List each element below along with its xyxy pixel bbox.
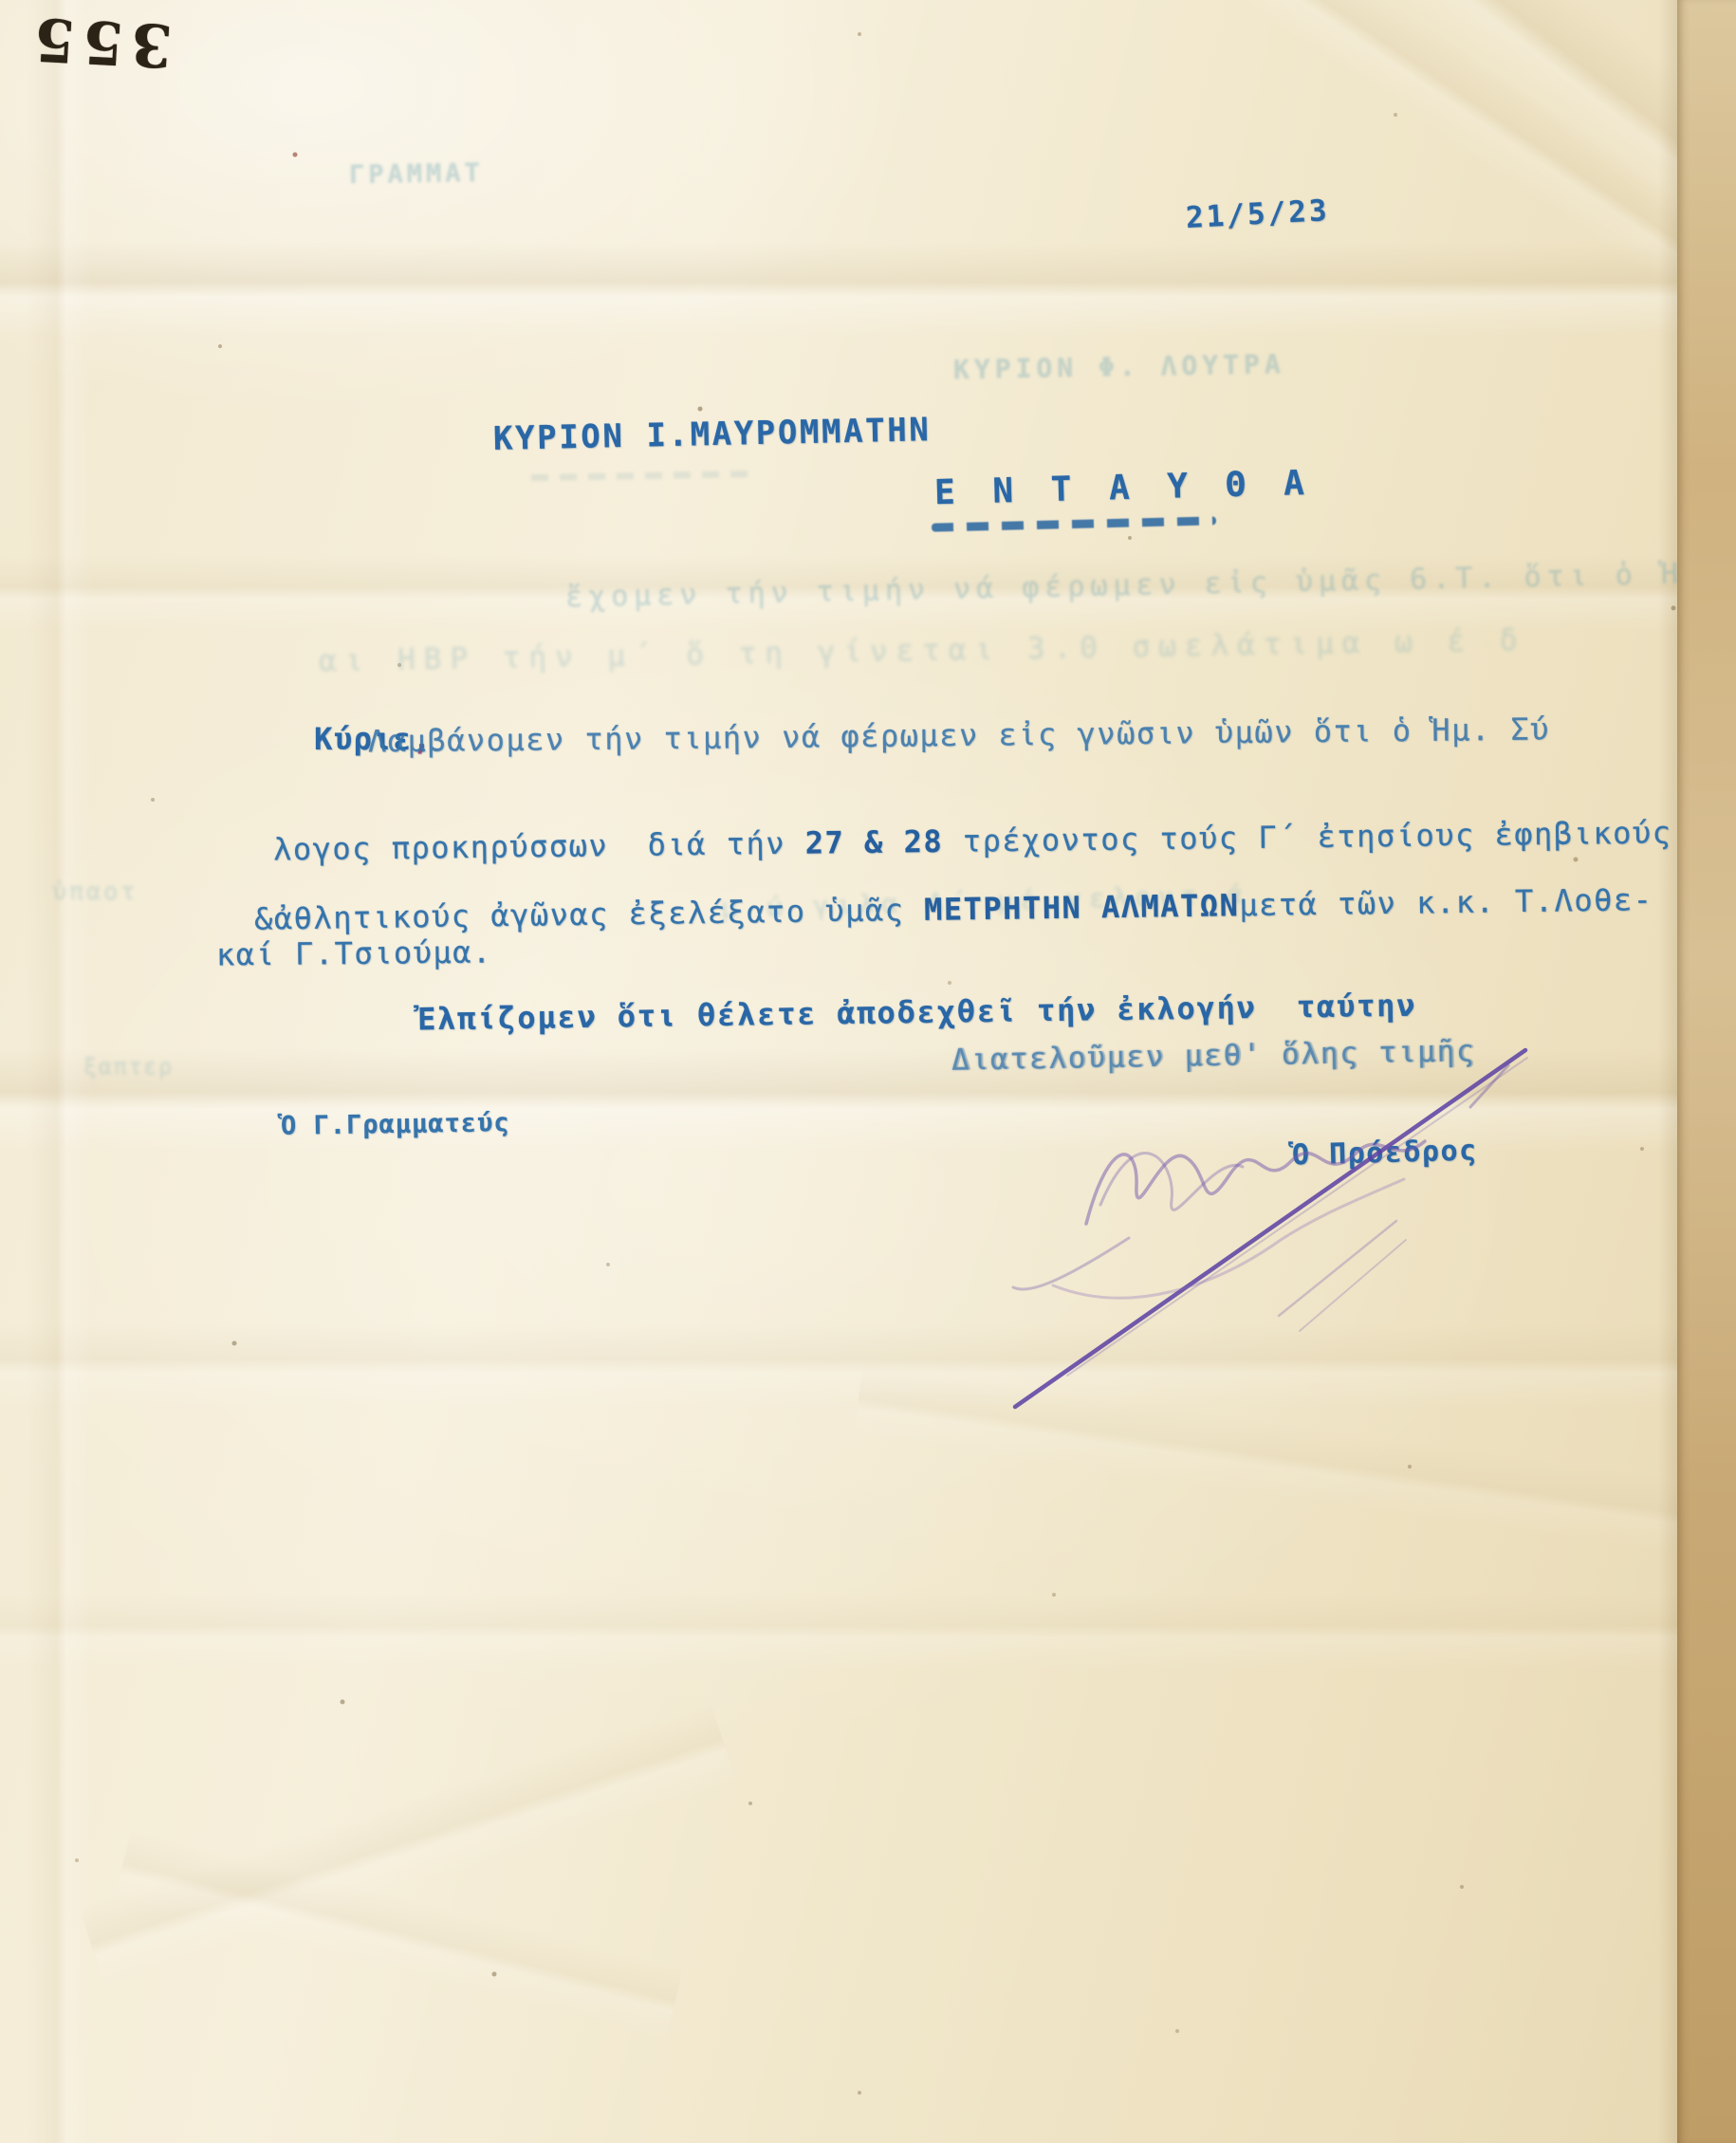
president-signature [996,1001,1603,1447]
ghost-underline [531,471,759,481]
ghost-text: αι ΗΒΡ τήν μ΄ ὅ τη γίνεται 3.0 σωελάτιμα… [319,623,1526,678]
body-line-1: Λαμβάνομεν τήν τιμήν νά φέρωμεν εἰς γνῶσ… [368,711,1550,759]
recipient-name: ΚΥΡΙΟΝ Ι.ΜΑΥΡΟΜΜΑΤΗΝ [493,411,932,458]
body-line-3-role: ΜΕΤΡΗΤΗΝ ΑΛΜΑΤΩΝ [924,887,1240,928]
scan-edge-strip [1677,0,1736,2143]
crease [79,1702,737,1988]
body-line-4: καί Γ.Τσιούμα. [216,933,492,972]
crease [0,1594,1736,1670]
paper-specks [0,0,2,2]
ghost-text: ἔχομεν τήν τιμήν νά φέρωμεν εἰς ὑμᾶς 6.Τ… [565,558,1684,615]
recipient-location: Ε Ν Τ Α Υ Θ Α [934,464,1314,512]
letter-date: 21/5/23 [1185,194,1330,235]
scanned-letter-sheet: 355 ΓΡΑΜΜΑΤ ΚΥΡΙΟΝ Φ. ΛΟΥΤΡΑ ἔχομεν τήν … [0,0,1736,2143]
ghost-text: ΚΥΡΙΟΝ Φ. ΛΟΥΤΡΑ [953,348,1285,385]
ghost-text: ΓΡΑΜΜΑΤ [349,158,484,190]
body-line-3-pre: &ἀθλητικούς ἀγῶνας ἐξελέξατο ὑμᾶς [254,892,924,937]
archive-number-stamp: 355 [25,4,174,81]
body-line-3-post: μετά τῶν κ.κ. Τ.Λοθε- [1239,881,1653,923]
crease [0,242,1736,337]
crease [113,1830,684,2041]
ghost-text: ὑπαοτ [52,878,138,905]
ghost-text: ξαπτερ [83,1055,174,1080]
secretary-title: Ὁ Γ.Γραμματεύς [281,1108,510,1140]
underline-dashes [932,516,1216,531]
